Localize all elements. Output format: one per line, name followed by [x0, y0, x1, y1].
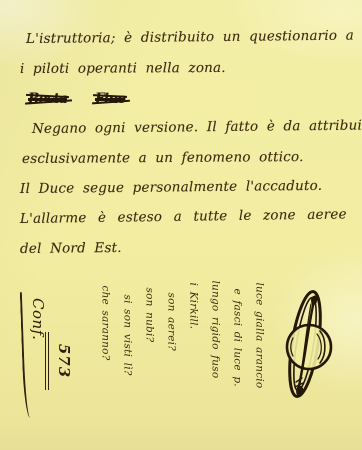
margin-note-line: luce gialla arancio — [249, 281, 270, 431]
margin-note-line: e fasci di luce p. — [227, 281, 248, 431]
margin-note-line: si son visti lì? — [117, 281, 138, 431]
handwritten-line: Il Duce segue personalmente l'accaduto. — [20, 171, 354, 204]
margin-note-line: che saranno? — [95, 281, 116, 431]
signature: Conf. — [20, 292, 48, 420]
handwritten-line: del Nord Est. — [20, 231, 354, 264]
struck-out-word: Resta — [28, 84, 67, 114]
struck-out-words-row: Resta Fine — [28, 84, 354, 114]
margin-note-line: son nubi? — [139, 281, 160, 431]
document-number: 573 — [45, 332, 73, 390]
struck-out-word: Fine — [95, 84, 125, 114]
handwritten-note-body: L'istruttoria; è distribuito un question… — [20, 24, 354, 264]
handwritten-line: L'istruttoria; è distribuito un question… — [26, 21, 354, 54]
handwritten-line: i piloti operanti nella zona. — [20, 52, 354, 84]
margin-note-line: son aerei? — [161, 281, 182, 431]
signature-text: Conf. — [29, 298, 47, 340]
margin-note-line: i Kirkill. — [183, 281, 204, 431]
handwritten-line: L'allarme è esteso a tutte le zone aeree — [20, 199, 354, 234]
saturn-object-sketch-icon — [268, 286, 346, 406]
handwritten-line: esclusivamente a un fenomeno ottico. — [22, 142, 354, 174]
rotated-margin-notes: luce gialla arancio e fasci di luce p. l… — [95, 281, 270, 431]
handwritten-line: Negano ogni versione. Il fatto è da attr… — [32, 111, 354, 144]
margin-note-line: lungo rigido fuso — [205, 281, 226, 431]
